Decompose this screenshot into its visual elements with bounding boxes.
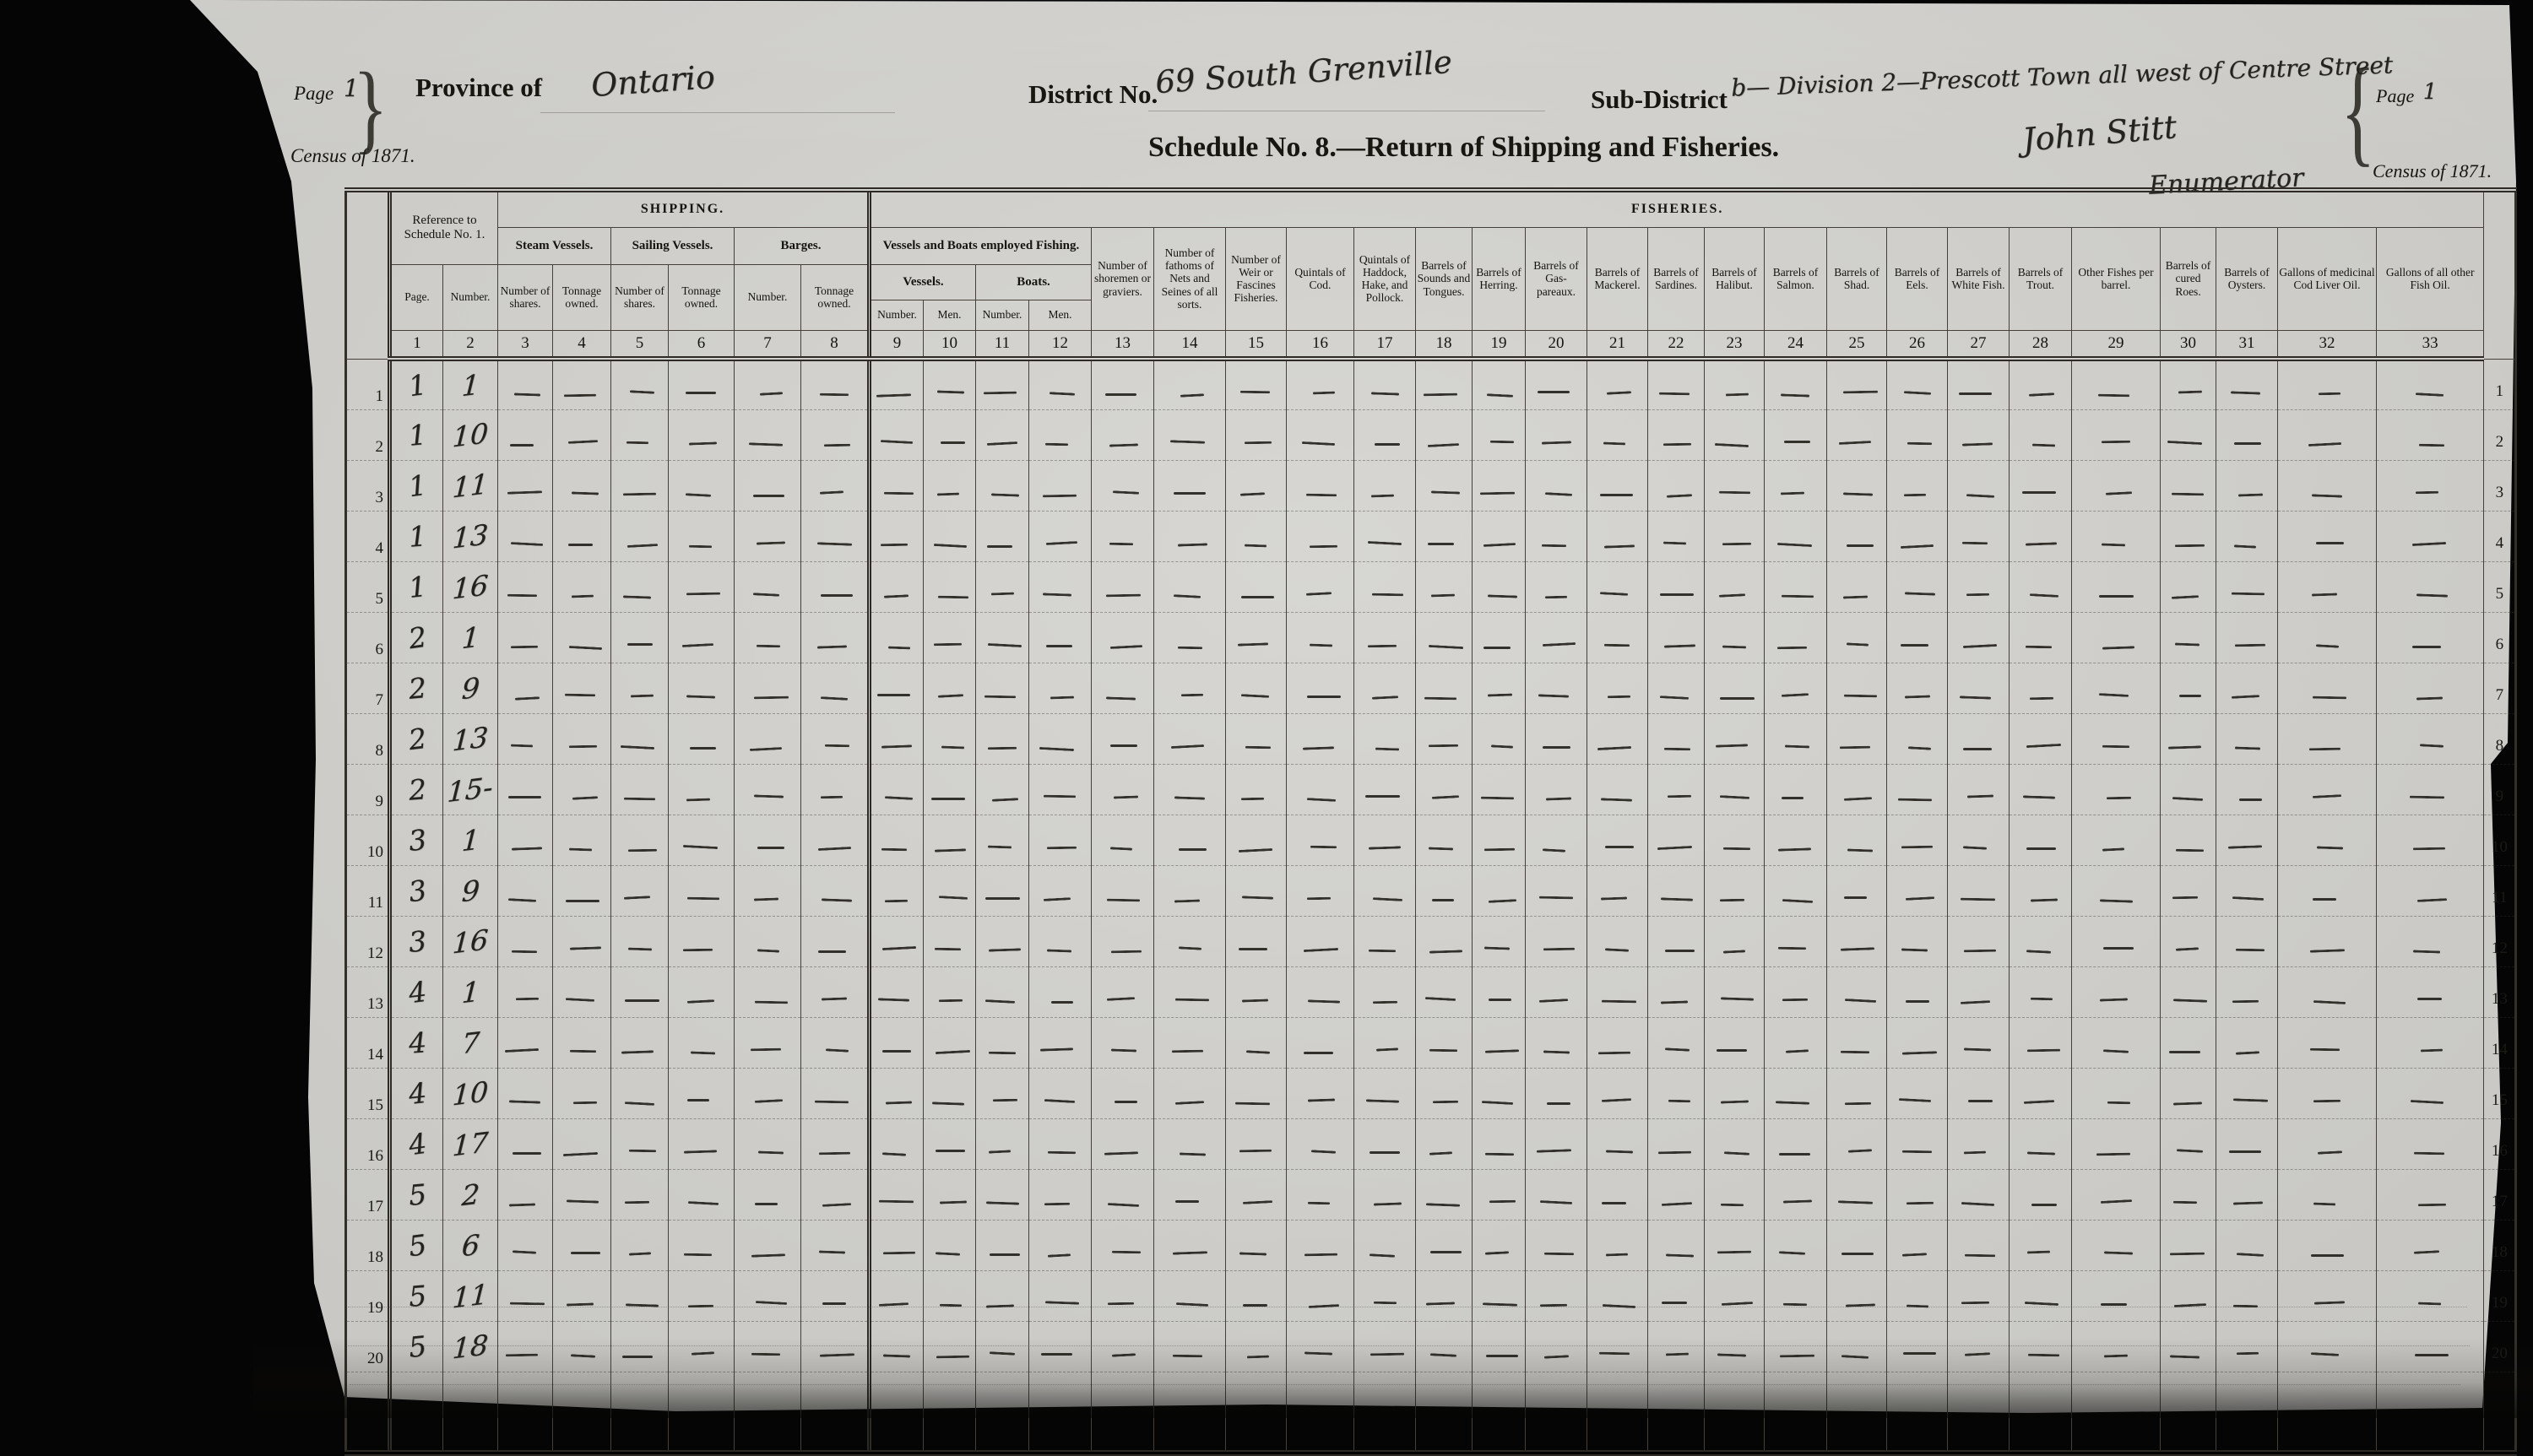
- nil-dash-cell: [1887, 612, 1948, 663]
- nil-dash-cell: [1154, 1017, 1226, 1068]
- nil-dash-mark: [1241, 596, 1274, 598]
- nil-dash-cell: [1354, 764, 1416, 815]
- table-row: 175217: [346, 1169, 2516, 1220]
- nil-dash-cell: [924, 1220, 976, 1270]
- nil-dash-cell: [1354, 865, 1416, 916]
- number-value-cell: 7: [443, 1017, 498, 1068]
- col-header-25: Barrels of Shad.: [1827, 227, 1887, 330]
- nil-dash-cell: [498, 1017, 553, 1068]
- nil-dash-mark: [2237, 1253, 2264, 1257]
- nil-dash-cell: [1948, 1068, 2010, 1118]
- nil-dash-cell: [498, 865, 553, 916]
- page-value: 4: [407, 1078, 427, 1107]
- nil-dash-cell: [1092, 764, 1154, 815]
- nil-dash-mark: [881, 848, 906, 852]
- nil-dash-mark: [1668, 1100, 1690, 1102]
- page-value-cell: 4: [390, 1017, 443, 1068]
- nil-dash-cell: [976, 916, 1029, 966]
- nil-dash-cell: [498, 359, 553, 409]
- nil-dash-mark: [2231, 695, 2259, 699]
- nil-dash-cell: [553, 460, 611, 511]
- nil-dash-mark: [881, 946, 915, 950]
- nil-dash-cell: [870, 1270, 924, 1321]
- nil-dash-cell: [801, 764, 870, 815]
- col-number-14: 14: [1154, 330, 1226, 359]
- nil-dash-cell: [611, 612, 669, 663]
- page-value-cell: 5: [390, 1270, 443, 1321]
- nil-dash-mark: [2319, 392, 2340, 395]
- nil-dash-mark: [1905, 896, 1934, 901]
- nil-dash-mark: [1424, 697, 1456, 701]
- header-band-2: Steam Vessels.Sailing Vessels.Barges.Ves…: [346, 227, 2516, 264]
- nil-dash-mark: [751, 1353, 780, 1356]
- nil-dash-cell: [1887, 865, 1948, 916]
- col-header-16: Quintals of Cod.: [1287, 227, 1354, 330]
- nil-dash-cell: [2216, 1017, 2278, 1068]
- nil-dash-cell: [2161, 409, 2216, 460]
- nil-dash-mark: [2415, 1354, 2449, 1356]
- nil-dash-mark: [507, 594, 536, 598]
- nil-dash-mark: [1429, 1151, 1451, 1155]
- nil-dash-cell: [1029, 511, 1092, 561]
- nil-dash-cell: [1287, 561, 1354, 612]
- nil-dash-mark: [2032, 444, 2055, 447]
- nil-dash-cell: [2010, 1068, 2072, 1118]
- nil-dash-mark: [1175, 1200, 1199, 1203]
- nil-dash-cell: [735, 1118, 801, 1169]
- nil-dash-cell: [1887, 764, 1948, 815]
- nil-dash-cell: [669, 916, 735, 966]
- page-value: 5: [407, 1331, 427, 1361]
- page-value-cell: 2: [390, 713, 443, 764]
- nil-dash-cell: [1887, 916, 1948, 966]
- nil-dash-mark: [1781, 693, 1808, 697]
- nil-dash-cell: [2010, 1118, 2072, 1169]
- nil-dash-mark: [1665, 1353, 1688, 1356]
- table-row: 1111: [346, 359, 2516, 409]
- nil-dash-mark: [1310, 846, 1337, 849]
- nil-dash-cell: [2216, 1068, 2278, 1118]
- page-value-cell: 3: [390, 916, 443, 966]
- nil-dash-mark: [684, 1150, 717, 1153]
- nil-dash-mark: [1902, 1253, 1927, 1257]
- nil-dash-mark: [882, 1050, 911, 1053]
- nil-dash-mark: [818, 1250, 844, 1253]
- nil-dash-cell: [924, 460, 976, 511]
- nil-dash-cell: [611, 561, 669, 612]
- col-header-21: Barrels of Mackerel.: [1587, 227, 1648, 330]
- table-row: 7297: [346, 663, 2516, 713]
- nil-dash-mark: [1172, 1355, 1201, 1358]
- nil-dash-cell: [870, 966, 924, 1017]
- nil-dash-mark: [881, 1152, 905, 1156]
- nil-dash-cell: [1354, 511, 1416, 561]
- nil-dash-cell: [2216, 1220, 2278, 1270]
- nil-dash-mark: [1244, 544, 1266, 548]
- nil-dash-mark: [2175, 544, 2205, 548]
- nil-dash-mark: [1717, 1353, 1746, 1356]
- nil-dash-cell: [1416, 916, 1473, 966]
- nil-dash-mark: [1780, 394, 1809, 398]
- nil-dash-mark: [1598, 1352, 1629, 1356]
- nil-dash-mark: [2028, 1354, 2059, 1357]
- nil-dash-mark: [2313, 1000, 2346, 1004]
- nil-dash-mark: [1538, 391, 1570, 393]
- nil-dash-mark: [1242, 896, 1273, 899]
- nil-dash-mark: [1844, 1102, 1870, 1106]
- nil-dash-cell: [611, 1118, 669, 1169]
- nil-dash-mark: [1113, 490, 1139, 495]
- nil-dash-cell: [1765, 865, 1827, 916]
- nil-dash-cell: [2161, 612, 2216, 663]
- nil-dash-cell: [611, 663, 669, 713]
- nil-dash-cell: [2010, 713, 2072, 764]
- nil-dash-mark: [1304, 948, 1338, 952]
- nil-dash-mark: [512, 950, 537, 954]
- row-number-left: 1: [346, 359, 390, 409]
- nil-dash-mark: [1304, 1052, 1333, 1054]
- nil-dash-mark: [685, 493, 710, 497]
- nil-dash-mark: [1432, 795, 1459, 799]
- nil-dash-cell: [669, 815, 735, 865]
- nil-dash-mark: [1312, 392, 1334, 395]
- nil-dash-cell: [870, 561, 924, 612]
- nil-dash-cell: [2377, 1270, 2484, 1321]
- nil-dash-mark: [2172, 1101, 2201, 1105]
- col-number-4: 4: [553, 330, 611, 359]
- nil-dash-mark: [885, 900, 908, 902]
- nil-dash-mark: [1964, 1047, 1991, 1051]
- nil-dash-cell: [1765, 764, 1827, 815]
- row-number-left: 7: [346, 663, 390, 713]
- table-row: 1541015: [346, 1068, 2516, 1118]
- nil-dash-cell: [924, 1169, 976, 1220]
- nil-dash-cell: [1416, 966, 1473, 1017]
- nil-dash-mark: [1657, 846, 1691, 850]
- nil-dash-cell: [976, 460, 1029, 511]
- nil-dash-mark: [2169, 1051, 2200, 1053]
- nil-dash-mark: [2102, 745, 2129, 749]
- nil-dash-mark: [2172, 896, 2197, 900]
- nil-dash-cell: [924, 359, 976, 409]
- nil-dash-mark: [1488, 899, 1516, 903]
- nil-dash-cell: [1354, 663, 1416, 713]
- nil-dash-cell: [2161, 815, 2216, 865]
- nil-dash-mark: [991, 798, 1017, 802]
- nil-dash-cell: [801, 1169, 870, 1220]
- nil-dash-mark: [1372, 897, 1402, 901]
- row-number-left: 14: [346, 1017, 390, 1068]
- nil-dash-cell: [1705, 865, 1765, 916]
- nil-dash-mark: [627, 849, 656, 852]
- row-number-left: 15: [346, 1068, 390, 1118]
- nil-dash-mark: [1965, 1254, 1995, 1258]
- nil-dash-mark: [1902, 1150, 1932, 1154]
- nil-dash-mark: [988, 846, 1012, 849]
- page-value-cell: 5: [390, 1220, 443, 1270]
- nil-dash-cell: [870, 612, 924, 663]
- nil-dash-mark: [508, 796, 541, 798]
- nil-dash-mark: [2411, 1100, 2444, 1104]
- nil-dash-mark: [2232, 1000, 2258, 1004]
- nil-dash-mark: [2098, 693, 2128, 697]
- nil-dash-mark: [2029, 593, 2058, 598]
- nil-dash-mark: [822, 997, 847, 1000]
- nil-dash-cell: [669, 966, 735, 1017]
- nil-dash-cell: [1092, 511, 1154, 561]
- col-number-21: 21: [1587, 330, 1648, 359]
- nil-dash-mark: [1717, 1251, 1751, 1254]
- nil-dash-mark: [1180, 394, 1204, 398]
- nil-dash-cell: [611, 1270, 669, 1321]
- nil-dash-mark: [1841, 1355, 1869, 1359]
- nil-dash-cell: [924, 663, 976, 713]
- nil-dash-cell: [1765, 359, 1827, 409]
- nil-dash-cell: [924, 612, 976, 663]
- nil-dash-mark: [1043, 897, 1070, 901]
- nil-dash-cell: [1473, 713, 1526, 764]
- nil-dash-mark: [2230, 392, 2259, 395]
- nil-dash-cell: [1887, 966, 1948, 1017]
- col-header-19: Barrels of Herring.: [1473, 227, 1526, 330]
- col-header-32: Gallons of medicinal Cod Liver Oil.: [2278, 227, 2377, 330]
- nil-dash-cell: [1416, 865, 1473, 916]
- nil-dash-cell: [498, 1068, 553, 1118]
- nil-dash-cell: [2072, 1169, 2161, 1220]
- nil-dash-mark: [2236, 949, 2265, 952]
- nil-dash-mark: [1175, 1101, 1204, 1105]
- steam-vessels-header: Steam Vessels.: [498, 227, 611, 264]
- nil-dash-cell: [553, 1270, 611, 1321]
- page-value: 1: [407, 470, 428, 500]
- nil-dash-cell: [611, 1017, 669, 1068]
- col-number-31: 31: [2216, 330, 2278, 359]
- nil-dash-cell: [1354, 1169, 1416, 1220]
- row-number-right: 19: [2484, 1270, 2516, 1321]
- nil-dash-mark: [1489, 999, 1511, 1001]
- nil-dash-mark: [2100, 1199, 2131, 1204]
- nil-dash-cell: [2278, 409, 2377, 460]
- page-value-cell: 1: [390, 511, 443, 561]
- nil-dash-mark: [2030, 998, 2052, 1000]
- nil-dash-cell: [2161, 511, 2216, 561]
- nil-dash-cell: [553, 1169, 611, 1220]
- nil-dash-cell: [801, 1270, 870, 1321]
- nil-dash-mark: [1837, 1200, 1872, 1204]
- nil-dash-cell: [1587, 815, 1648, 865]
- nil-dash-mark: [621, 1050, 653, 1053]
- row-number-right: 10: [2484, 815, 2516, 865]
- nil-dash-mark: [2231, 593, 2264, 596]
- nil-dash-cell: [801, 1220, 870, 1270]
- nil-dash-cell: [669, 1068, 735, 1118]
- nil-dash-mark: [878, 998, 909, 1001]
- nil-dash-cell: [553, 663, 611, 713]
- nil-dash-cell: [669, 612, 735, 663]
- nil-dash-mark: [573, 1101, 597, 1104]
- col-number-9: 9: [870, 330, 924, 359]
- nil-dash-cell: [735, 409, 801, 460]
- nil-dash-mark: [1108, 1302, 1134, 1306]
- nil-dash-mark: [939, 1200, 966, 1204]
- nil-dash-mark: [1106, 594, 1141, 598]
- nil-dash-cell: [2072, 764, 2161, 815]
- nil-dash-cell: [1765, 1017, 1827, 1068]
- col-number-16: 16: [1287, 330, 1354, 359]
- nil-dash-cell: [2072, 1017, 2161, 1068]
- table-row: 103110: [346, 815, 2516, 865]
- reference-group-header: Reference to Schedule No. 1.: [390, 190, 498, 264]
- right-brace: {: [2340, 51, 2375, 171]
- nil-dash-cell: [735, 713, 801, 764]
- nil-dash-cell: [924, 1118, 976, 1169]
- page-value: 5: [407, 1230, 428, 1259]
- nil-dash-mark: [1043, 795, 1075, 798]
- nil-dash-cell: [1354, 1118, 1416, 1169]
- nil-dash-mark: [988, 747, 1017, 750]
- nil-dash-mark: [2416, 392, 2444, 397]
- nil-dash-mark: [1483, 543, 1516, 547]
- nil-dash-mark: [1175, 999, 1209, 1002]
- nil-dash-cell: [1154, 1270, 1226, 1321]
- nil-dash-cell: [1587, 1220, 1648, 1270]
- col-number-22: 22: [1648, 330, 1705, 359]
- nil-dash-mark: [2235, 644, 2265, 647]
- nil-dash-mark: [937, 596, 968, 599]
- nil-dash-mark: [1429, 1353, 1456, 1357]
- nil-dash-mark: [1238, 848, 1272, 852]
- nil-dash-cell: [2216, 966, 2278, 1017]
- nil-dash-cell: [1705, 612, 1765, 663]
- col-header-13: Number of shoremen or graviers.: [1092, 227, 1154, 330]
- nil-dash-mark: [1597, 1052, 1630, 1055]
- nil-dash-mark: [2234, 442, 2261, 445]
- nil-dash-cell: [2377, 764, 2484, 815]
- nil-dash-mark: [2022, 795, 2054, 798]
- nil-dash-mark: [751, 1048, 781, 1052]
- table-row: 185618: [346, 1220, 2516, 1270]
- nil-dash-mark: [566, 998, 594, 1002]
- nil-dash-mark: [1907, 442, 1932, 446]
- col-header-10: Men.: [924, 300, 976, 330]
- nil-dash-cell: [553, 865, 611, 916]
- nil-dash-cell: [611, 966, 669, 1017]
- nil-dash-cell: [2010, 865, 2072, 916]
- nil-dash-mark: [987, 545, 1012, 548]
- nil-dash-cell: [1526, 865, 1587, 916]
- nil-dash-mark: [1041, 1353, 1072, 1356]
- nil-dash-cell: [1765, 1270, 1827, 1321]
- nil-dash-mark: [1782, 899, 1812, 903]
- nil-dash-cell: [1154, 460, 1226, 511]
- nil-dash-cell: [1587, 409, 1648, 460]
- schedule-title: Schedule No. 8.—Return of Shipping and F…: [1148, 132, 1779, 164]
- nil-dash-cell: [1226, 511, 1287, 561]
- boats-subheader: Boats.: [976, 264, 1092, 300]
- nil-dash-mark: [1044, 1203, 1069, 1206]
- number-value: 15-: [447, 772, 494, 805]
- nil-dash-cell: [1226, 612, 1287, 663]
- nil-dash-mark: [2170, 1355, 2199, 1358]
- nil-dash-cell: [1765, 916, 1827, 966]
- nil-dash-cell: [669, 511, 735, 561]
- nil-dash-mark: [1963, 748, 1992, 750]
- nil-dash-mark: [1777, 543, 1812, 547]
- row-number-right: 17: [2484, 1169, 2516, 1220]
- nil-dash-mark: [2027, 1049, 2060, 1053]
- nil-dash-cell: [1948, 1017, 2010, 1068]
- nil-dash-mark: [1847, 642, 1869, 646]
- page-value: 1: [407, 420, 427, 450]
- nil-dash-mark: [1959, 696, 1990, 699]
- nil-dash-mark: [1428, 744, 1457, 748]
- nil-dash-cell: [870, 1169, 924, 1220]
- nil-dash-mark: [2102, 847, 2124, 851]
- nil-dash-mark: [567, 1199, 599, 1203]
- nil-dash-mark: [1042, 593, 1071, 596]
- nil-dash-cell: [1029, 612, 1092, 663]
- nil-dash-mark: [1901, 644, 1928, 647]
- nil-dash-mark: [757, 949, 779, 952]
- nil-dash-mark: [624, 896, 650, 900]
- nil-dash-cell: [611, 1220, 669, 1270]
- nil-dash-cell: [735, 1270, 801, 1321]
- nil-dash-mark: [817, 847, 850, 851]
- nil-dash-mark: [2023, 1100, 2053, 1104]
- nil-dash-cell: [1226, 561, 1287, 612]
- nil-dash-mark: [625, 1201, 649, 1204]
- nil-dash-mark: [1962, 442, 1993, 446]
- row-number-right: 9: [2484, 764, 2516, 815]
- nil-dash-cell: [1473, 966, 1526, 1017]
- nil-dash-cell: [1526, 511, 1587, 561]
- nil-dash-cell: [1648, 1017, 1705, 1068]
- nil-dash-cell: [976, 1169, 1029, 1220]
- nil-dash-cell: [1416, 612, 1473, 663]
- nil-dash-cell: [1827, 916, 1887, 966]
- nil-dash-cell: [1765, 1321, 1827, 1372]
- nil-dash-cell: [1705, 460, 1765, 511]
- nil-dash-cell: [1092, 713, 1154, 764]
- nil-dash-cell: [1154, 1118, 1226, 1169]
- nil-dash-mark: [505, 1048, 539, 1053]
- nil-dash-mark: [686, 999, 713, 1004]
- nil-dash-mark: [2171, 595, 2198, 599]
- nil-dash-cell: [1226, 460, 1287, 511]
- nil-dash-mark: [1481, 1101, 1512, 1105]
- nil-dash-mark: [1541, 544, 1565, 548]
- col-number-12: 12: [1029, 330, 1092, 359]
- nil-dash-cell: [2161, 561, 2216, 612]
- nil-dash-cell: [1287, 713, 1354, 764]
- nil-dash-cell: [1827, 1169, 1887, 1220]
- number-value-cell: 11: [443, 460, 498, 511]
- col-header-14: Number of fathoms of Nets and Seines of …: [1154, 227, 1226, 330]
- nil-dash-cell: [1354, 713, 1416, 764]
- nil-dash-cell: [1648, 966, 1705, 1017]
- nil-dash-mark: [931, 1101, 963, 1105]
- nil-dash-mark: [1433, 1101, 1458, 1104]
- nil-dash-cell: [1416, 511, 1473, 561]
- page-value: 3: [407, 927, 427, 956]
- nil-dash-cell: [1473, 1118, 1526, 1169]
- nil-dash-mark: [2102, 646, 2134, 649]
- col-header-6: Tonnage owned.: [669, 264, 735, 330]
- nil-dash-mark: [758, 1150, 784, 1154]
- page-value: 4: [406, 1129, 427, 1159]
- nil-dash-mark: [1778, 847, 1811, 851]
- nil-dash-mark: [751, 1253, 785, 1257]
